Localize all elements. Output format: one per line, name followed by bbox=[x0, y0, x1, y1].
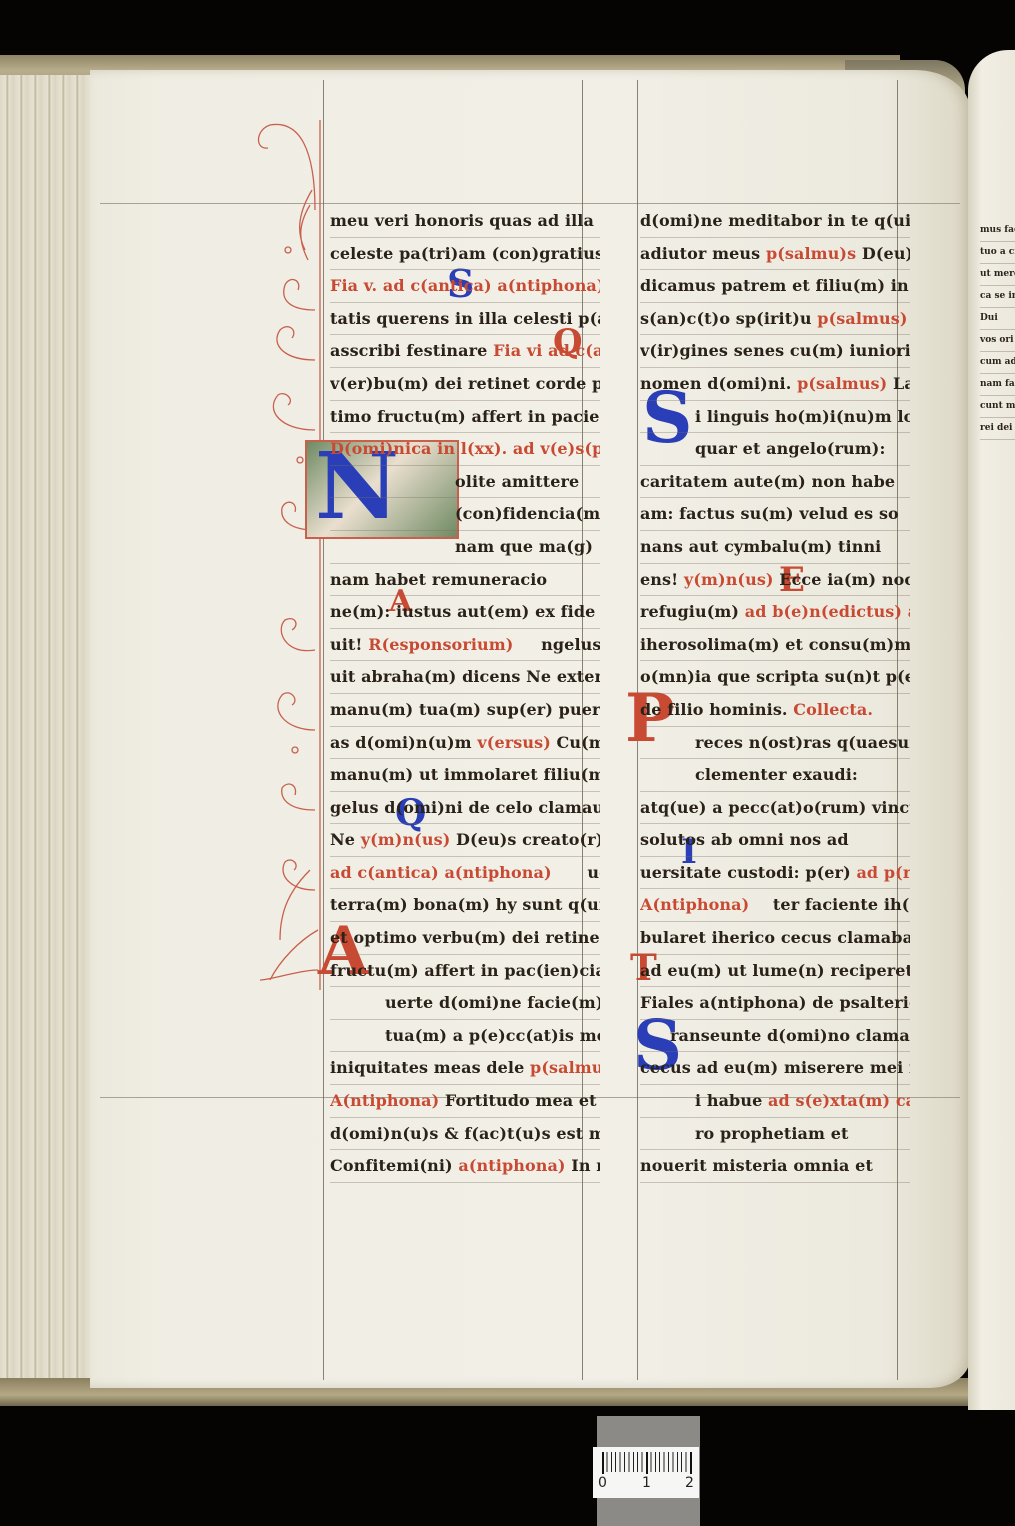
text-line: ranseunte d(omi)no clamabat bbox=[640, 1020, 910, 1053]
text-line: ens! y(m)n(us) Ecce ia(m) noctis v(ersus… bbox=[640, 564, 910, 597]
text-line: gelus d(omi)ni de celo clamauit dicens bbox=[330, 792, 600, 825]
text-line: dicamus patrem et filiu(m) in s(an)c(t)o… bbox=[640, 270, 910, 303]
ruler-label-1: 1 bbox=[642, 1475, 651, 1491]
ruler-label-2: 2 bbox=[685, 1475, 694, 1491]
text-line: quar et angelo(rum): bbox=[640, 433, 910, 466]
text-line: atq(ue) a pecc(at)o(rum) vinculis ab bbox=[640, 792, 910, 825]
ruling-line-top bbox=[100, 203, 960, 204]
text-line: uit abraha(m) dicens Ne extendas bbox=[330, 661, 600, 694]
ruler-tick-major bbox=[690, 1452, 692, 1474]
text-line: Confitemi(ni) a(ntiphona) In matutinis bbox=[330, 1150, 600, 1183]
text-line: i habue ad s(e)xta(m) ca(pitulum) bbox=[640, 1085, 910, 1118]
facing-text-line: ut meret bbox=[980, 264, 1015, 286]
text-line: ad eu(m) ut lume(n) reciperet mererentur bbox=[640, 955, 910, 988]
facing-text-line: cum ad bbox=[980, 352, 1015, 374]
text-line: refugiu(m) ad b(e)n(edictus) a(ntiphona)… bbox=[640, 596, 910, 629]
text-line: de filio hominis. Collecta. bbox=[640, 694, 910, 727]
text-line: meu veri honoris quas ad illa bbox=[330, 205, 600, 238]
text-line: caritatem aute(m) non habe bbox=[640, 466, 910, 499]
facing-text-line: nam fa bbox=[980, 374, 1015, 396]
ruler-label-0: 0 bbox=[598, 1475, 607, 1491]
text-line: adiutor meus p(salmu)s D(eu)s deus a(nti… bbox=[640, 238, 910, 271]
text-line: Fiales a(ntiphona) de psalterio ad 3(ti)… bbox=[640, 987, 910, 1020]
text-line: fructu(m) affert in pac(ien)cia ad lau bbox=[330, 955, 600, 988]
facing-text-line: mus facere bbox=[980, 220, 1015, 242]
text-line: nans aut cymbalu(m) tinni bbox=[640, 531, 910, 564]
text-line: s(an)c(t)o sp(irit)u p(salmus) Bndicite … bbox=[640, 303, 910, 336]
text-line: timo fructu(m) affert in paciencia bbox=[330, 401, 600, 434]
ruler-tick-major bbox=[646, 1452, 648, 1474]
pen-flourish-border bbox=[240, 110, 340, 990]
text-line: nomen d(omi)ni. p(salmus) Laudate Capitu… bbox=[640, 368, 910, 401]
facing-text-line: rei dei bbox=[980, 418, 1015, 440]
text-line: A(ntiphona) ter faciente ih(es)u d(omi)n… bbox=[640, 889, 910, 922]
text-line: v(er)bu(m) dei retinet corde p(er)fecto … bbox=[330, 368, 600, 401]
text-line: o(mn)ia que scripta su(n)t p(er) prophet… bbox=[640, 661, 910, 694]
text-line: cecus ad eu(m) miserere mei fili dauid. bbox=[640, 1052, 910, 1085]
text-line: reces n(ost)ras q(uaesumu)s d(omi)ne bbox=[640, 727, 910, 760]
text-line: asscribi festinare Fia vi ad c(antica) bbox=[330, 335, 600, 368]
text-line: celeste pa(tri)am (con)gratius p(er)ueni… bbox=[330, 238, 600, 271]
text-line: A(ntiphona) Fortitudo mea et laus mea bbox=[330, 1085, 600, 1118]
text-line: manu(m) tua(m) sup(er) puer(um) eo q(uo)… bbox=[330, 694, 600, 727]
text-line: (con)fidencia(m) v(est)ram bbox=[330, 498, 600, 531]
text-line: clementer exaudi: bbox=[640, 759, 910, 792]
scale-ruler: 0 1 2 bbox=[593, 1447, 699, 1498]
text-line: uit! R(esponsorium) ngelus d(omi)ni voca bbox=[330, 629, 600, 662]
ruler-tick-major bbox=[602, 1452, 604, 1474]
text-line: solutos ab omni nos ad bbox=[640, 824, 910, 857]
text-column-left: meu veri honoris quas ad illa celeste pa… bbox=[330, 205, 600, 1183]
text-line: manu(m) ut immolaret filiu(m) ecce a bbox=[330, 759, 600, 792]
text-line: i linguis ho(m)i(nu)m lo bbox=[640, 401, 910, 434]
text-line: as d(omi)n(u)m v(ersus) Cu(m)q(ue) exten… bbox=[330, 727, 600, 760]
text-line: Fia v. ad c(antica) a(ntiphona) gl(or)ia… bbox=[330, 270, 600, 303]
text-line: ro prophetiam et bbox=[640, 1118, 910, 1151]
facing-text-line: vos ori bbox=[980, 330, 1015, 352]
text-line: tua(m) a p(e)cc(at)is meis et o(mn)es bbox=[330, 1020, 600, 1053]
text-line: nam habet remuneracio bbox=[330, 564, 600, 597]
text-line: iniquitates meas dele p(salmu)s Miser(er… bbox=[330, 1052, 600, 1085]
text-column-right: d(omi)ne meditabor in te q(ui)a factus e… bbox=[640, 205, 910, 1183]
text-line: olite amittere bbox=[330, 466, 600, 499]
facing-text-line: ca se ini bbox=[980, 286, 1015, 308]
text-line: d(omi)n(u)s & f(ac)t(u)s est michi in sa… bbox=[330, 1118, 600, 1151]
text-line: uerte d(omi)ne facie(m) d(e)s a(ntiphona… bbox=[330, 987, 600, 1020]
text-line: tatis querens in illa celesti p(at)ria bbox=[330, 303, 600, 336]
facing-text-line: cunt mi bbox=[980, 396, 1015, 418]
text-line: nouerit misteria omnia et bbox=[640, 1150, 910, 1183]
text-line: et optimo verbu(m) dei retinet et bbox=[330, 922, 600, 955]
text-line: iherosolima(m) et consu(m)mabuntur bbox=[640, 629, 910, 662]
text-line: v(ir)gines senes cu(m) iunioribus lauden… bbox=[640, 335, 910, 368]
facing-page-fragment: mus facere tuo a ciui ut meret ca se ini… bbox=[968, 50, 1015, 1410]
facing-text-line: tuo a ciui bbox=[980, 242, 1015, 264]
text-line: nam que ma(g) bbox=[330, 531, 600, 564]
text-line: ne(m): iustus aut(em) ex fide vi bbox=[330, 596, 600, 629]
text-line: Ne y(m)n(us) D(eu)s creato(r) v(ersus) v… bbox=[330, 824, 600, 857]
text-line: d(omi)ne meditabor in te q(ui)a factus e… bbox=[640, 205, 910, 238]
text-line: uersitate custodi: p(er) ad p(rim)s bbox=[640, 857, 910, 890]
text-line: ad c(antica) a(ntiphona) uod aute(m) cec… bbox=[330, 857, 600, 890]
rubric-line: D(omi)nica in l(xx). ad v(e)s(peras) Cap… bbox=[330, 433, 600, 466]
text-line: am: factus su(m) velud es so bbox=[640, 498, 910, 531]
text-line: terra(m) bona(m) hy sunt q(ui) in corde … bbox=[330, 889, 600, 922]
text-line: bularet iherico cecus clamabat bbox=[640, 922, 910, 955]
facing-text-line: Dui bbox=[980, 308, 1015, 330]
